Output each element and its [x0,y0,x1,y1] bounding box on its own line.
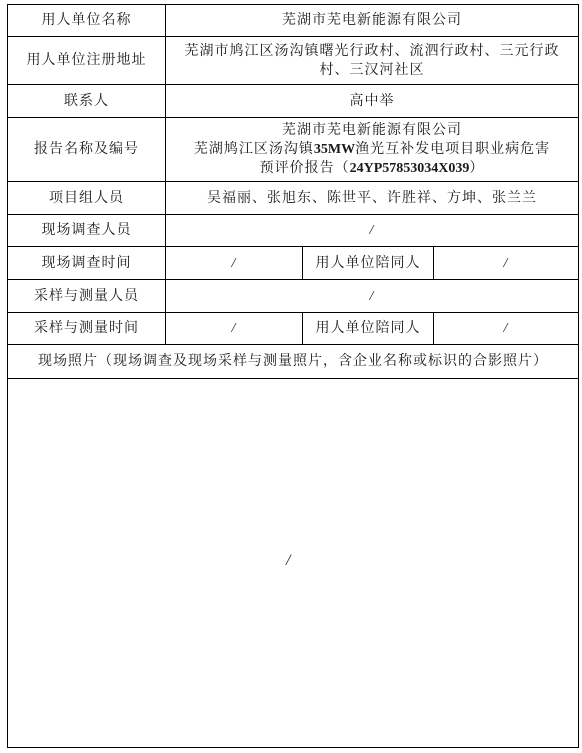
report-code: 24YP57853034X039 [350,161,470,176]
photos-value: / [286,552,290,570]
employer-address-label: 用人单位注册地址 [8,37,166,85]
report-line-2: 芜湖鸠江区汤沟镇35MW渔光互补发电项目职业病危害 [170,140,574,159]
sampling-staff-value: / [166,280,579,313]
row-photos-header: 现场照片（现场调查及现场采样与测量照片，含企业名称或标识的合影照片） [8,345,579,379]
report-line-3: 预评价报告（24YP57853034X039） [170,159,574,178]
row-photos-body [8,379,579,748]
survey-time-label: 现场调查时间 [8,247,166,280]
contact-label: 联系人 [8,85,166,118]
project-team-value: 吴福丽、张旭东、陈世平、许胜祥、方坤、张兰兰 [166,182,579,215]
row-project-team: 项目组人员 吴福丽、张旭东、陈世平、许胜祥、方坤、张兰兰 [8,182,579,215]
info-table: 用人单位名称 芜湖市芜电新能源有限公司 用人单位注册地址 芜湖市鸠江区汤沟镇曙光… [7,4,579,748]
employer-name-value: 芜湖市芜电新能源有限公司 [166,5,579,37]
row-report: 报告名称及编号 芜湖市芜电新能源有限公司 芜湖鸠江区汤沟镇35MW渔光互补发电项… [8,118,579,182]
row-survey-staff: 现场调查人员 / [8,215,579,247]
report-line-3-post: ） [469,160,484,176]
employer-name-label: 用人单位名称 [8,5,166,37]
row-employer-address: 用人单位注册地址 芜湖市鸠江区汤沟镇曙光行政村、流泗行政村、三元行政村、三汉河社… [8,37,579,85]
report-line-1: 芜湖市芜电新能源有限公司 [170,121,574,140]
sampling-time-label: 采样与测量时间 [8,313,166,345]
report-label: 报告名称及编号 [8,118,166,182]
sampling-companion-label: 用人单位陪同人 [303,313,434,345]
report-line-2-post: 渔光互补发电项目职业病危害 [355,141,550,157]
survey-staff-value: / [166,215,579,247]
photos-label: 现场照片（现场调查及现场采样与测量照片，含企业名称或标识的合影照片） [8,345,579,379]
report-line-3-pre: 预评价报告（ [260,160,350,176]
project-team-label: 项目组人员 [8,182,166,215]
row-survey-time: 现场调查时间 / 用人单位陪同人 / [8,247,579,280]
row-sampling-time: 采样与测量时间 / 用人单位陪同人 / [8,313,579,345]
photos-area [8,379,579,748]
row-employer-name: 用人单位名称 芜湖市芜电新能源有限公司 [8,5,579,37]
report-value: 芜湖市芜电新能源有限公司 芜湖鸠江区汤沟镇35MW渔光互补发电项目职业病危害 预… [166,118,579,182]
row-contact: 联系人 高中举 [8,85,579,118]
report-line-2-pre: 芜湖鸠江区汤沟镇 [194,141,314,157]
row-sampling-staff: 采样与测量人员 / [8,280,579,313]
survey-time-value: / [166,247,303,280]
report-capacity: 35MW [314,142,355,157]
survey-staff-label: 现场调查人员 [8,215,166,247]
survey-companion-value: / [434,247,579,280]
sampling-time-value: / [166,313,303,345]
contact-value: 高中举 [166,85,579,118]
survey-companion-label: 用人单位陪同人 [303,247,434,280]
sampling-staff-label: 采样与测量人员 [8,280,166,313]
employer-address-value: 芜湖市鸠江区汤沟镇曙光行政村、流泗行政村、三元行政村、三汉河社区 [166,37,579,85]
sampling-companion-value: / [434,313,579,345]
